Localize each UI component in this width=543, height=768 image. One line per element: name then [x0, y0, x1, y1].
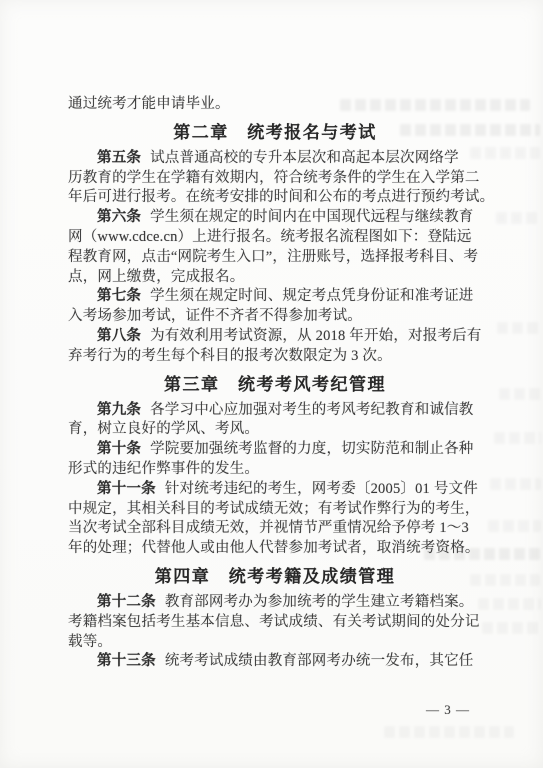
- bleedthrough-artifact: [482, 622, 541, 634]
- article-6-paragraph: 第六条学生须在规定的时间内在中国现代远程与继续教育 网（www.cdce.cn）…: [68, 208, 482, 287]
- text-line: 针对统考违纪的考生，网考委〔2005〕01 号文件: [165, 481, 478, 497]
- text-line: 第七条学生须在规定时间、规定考点凭身份证和准考证进: [68, 287, 482, 307]
- article-12-paragraph: 第十二条教育部网考办为参加统考的学生建立考籍档案。 考籍档案包括考生基本信息、考…: [68, 593, 482, 652]
- text-line: 学生须在规定时间、规定考点凭身份证和准考证进: [150, 288, 473, 304]
- article-5-label: 第五条: [97, 150, 141, 166]
- text-line: 中规定，其相关科目的考试成绩无效；有考试作弊行为的考生，: [68, 500, 482, 520]
- article-9-paragraph: 第九条各学习中心应加强对考生的考风考纪教育和诚信教 育，树立良好的学风、考风。: [68, 401, 482, 441]
- text-line: 历教育的学生在学籍有效期内，符合统考条件的学生在入学第二: [68, 169, 482, 189]
- article-7-paragraph: 第七条学生须在规定时间、规定考点凭身份证和准考证进 入考场参加考试，证件不齐者不…: [68, 287, 482, 327]
- article-10-paragraph: 第十条学院要加强统考监督的力度，切实防范和制止各种 形式的违纪作弊事件的发生。: [68, 440, 482, 480]
- text-line: 第九条各学习中心应加强对考生的考风考纪教育和诚信教: [68, 401, 482, 421]
- text-line: 载等。: [68, 633, 482, 653]
- bleedthrough-artifact: [478, 598, 541, 610]
- text-line: 入考场参加考试，证件不齐者不得参加考试。: [68, 307, 482, 327]
- article-11-label: 第十一条: [97, 481, 156, 497]
- article-5-paragraph: 第五条试点普通高校的专升本层次和高起本层次网络学 历教育的学生在学籍有效期内，符…: [68, 149, 482, 208]
- bleedthrough-artifact: [496, 212, 541, 224]
- intro-line: 通过统考才能申请毕业。: [68, 95, 482, 115]
- article-10-label: 第十条: [97, 441, 141, 457]
- text-line: 考籍档案包括考生基本信息、考试成绩、有关考试期间的处分记: [68, 613, 482, 633]
- bleedthrough-artifact: [488, 520, 541, 532]
- text-line: 第五条试点普通高校的专升本层次和高起本层次网络学: [68, 149, 482, 169]
- chapter-2-heading: 第二章 统考报名与考试: [68, 121, 482, 145]
- bleedthrough-artifact: [497, 322, 541, 334]
- text-line: 年的处理；代替他人或由他人代替参加考试者，取消统考资格。: [68, 539, 482, 559]
- text-line: 第十三条统考考试成绩由教育部网考办统一发布，其它任: [68, 652, 482, 672]
- article-12-label: 第十二条: [97, 594, 156, 610]
- text-line: 第六条学生须在规定的时间内在中国现代远程与继续教育: [68, 208, 482, 228]
- article-8-label: 第八条: [97, 328, 141, 344]
- text-line: 弃考行为的考生每个科目的报考次数限定为 3 次。: [68, 347, 482, 367]
- text-line: 试点普通高校的专升本层次和高起本层次网络学: [150, 150, 459, 166]
- text-line: 第八条为有效利用考试资源，从 2018 年开始，对报考后有: [68, 327, 482, 347]
- text-line: 年后可进行报考。在统考安排的时间和公布的考点进行预约考试。: [68, 188, 482, 208]
- scanned-page: 通过统考才能申请毕业。 第二章 统考报名与考试 第五条试点普通高校的专升本层次和…: [0, 0, 543, 768]
- page-content: 通过统考才能申请毕业。 第二章 统考报名与考试 第五条试点普通高校的专升本层次和…: [68, 95, 482, 720]
- chapter-4-heading: 第四章 统考考籍及成绩管理: [68, 565, 482, 589]
- text-line: 程教育网，点击“网院考生入口”，注册账号，选择报考科目、考: [68, 248, 482, 268]
- article-13-paragraph: 第十三条统考考试成绩由教育部网考办统一发布，其它任: [68, 652, 482, 672]
- text-line: 育，树立良好的学风、考风。: [68, 420, 482, 440]
- text-line: 统考考试成绩由教育部网考办统一发布，其它任: [165, 653, 474, 669]
- page-number: — 3 —: [68, 700, 482, 720]
- text-line: 第十二条教育部网考办为参加统考的学生建立考籍档案。: [68, 593, 482, 613]
- bleedthrough-artifact: [499, 388, 541, 400]
- article-7-label: 第七条: [97, 288, 141, 304]
- bleedthrough-artifact: [490, 478, 541, 490]
- text-line: 学生须在规定的时间内在中国现代远程与继续教育: [150, 209, 473, 225]
- article-11-paragraph: 第十一条针对统考违纪的考生，网考委〔2005〕01 号文件 中规定，其相关科目的…: [68, 480, 482, 559]
- text-line: 第十条学院要加强统考监督的力度，切实防范和制止各种: [68, 440, 482, 460]
- bleedthrough-artifact: [384, 726, 514, 738]
- text-line: 第十一条针对统考违纪的考生，网考委〔2005〕01 号文件: [68, 480, 482, 500]
- text-line: 网（www.cdce.cn）上进行报名。统考报名流程图如下：登陆远: [68, 228, 482, 248]
- article-13-label: 第十三条: [97, 653, 156, 669]
- article-6-label: 第六条: [97, 209, 141, 225]
- article-8-paragraph: 第八条为有效利用考试资源，从 2018 年开始，对报考后有 弃考行为的考生每个科…: [68, 327, 482, 367]
- chapter-3-heading: 第三章 统考考风考纪管理: [68, 373, 482, 397]
- text-line: 学院要加强统考监督的力度，切实防范和制止各种: [150, 441, 473, 457]
- article-9-label: 第九条: [97, 402, 141, 418]
- text-line: 形式的违纪作弊事件的发生。: [68, 460, 482, 480]
- text-line: 各学习中心应加强对考生的考风考纪教育和诚信教: [150, 402, 473, 418]
- text-line: 当次考试全部科目成绩无效，并视情节严重情况给予停考 1～3: [68, 519, 482, 539]
- text-line: 为有效利用考试资源，从 2018 年开始，对报考后有: [150, 328, 481, 344]
- text-line: 点，网上缴费，完成报名。: [68, 268, 482, 288]
- bleedthrough-artifact: [494, 432, 541, 444]
- text-line: 教育部网考办为参加统考的学生建立考籍档案。: [165, 594, 474, 610]
